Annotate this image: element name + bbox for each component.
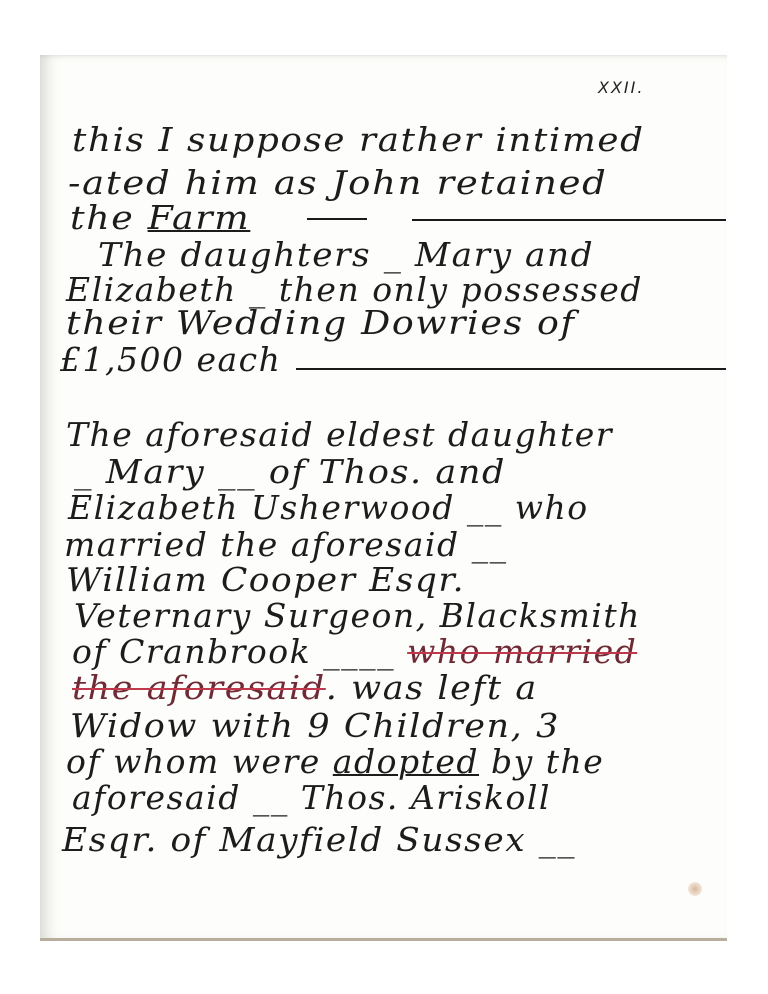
page-number: XXII.: [598, 78, 644, 97]
end-of-paragraph-rule: [412, 219, 726, 221]
struck-through-text: who married: [407, 632, 637, 671]
text-line-4: The daughters _ Mary and: [98, 235, 594, 274]
underlined-word-farm: Farm: [148, 198, 251, 237]
text-line-19: Esqr. of Mayfield Sussex __: [62, 820, 576, 859]
dash-rule: [307, 218, 367, 220]
text-line-14-pre: of Cranbrook ____: [72, 632, 407, 671]
text-line-13: Veternary Surgeon, Blacksmith: [74, 596, 641, 635]
text-line-16: Widow with 9 Children, 3: [70, 706, 560, 745]
text-line-17: of whom were adopted by the: [66, 742, 604, 781]
end-of-paragraph-rule: [296, 368, 726, 370]
text-line-6: their Wedding Dowries of: [66, 303, 576, 342]
text-line-17-post: by the: [479, 742, 604, 781]
paper-stain: [688, 882, 702, 896]
text-line-1: this I suppose rather intimed: [72, 120, 645, 159]
text-line-17-pre: of whom were: [66, 742, 333, 781]
text-line-18: aforesaid __ Thos. Ariskoll: [72, 778, 551, 817]
text-line-12: William Cooper Esqr.: [66, 560, 465, 599]
text-line-11: married the aforesaid __: [64, 525, 508, 564]
text-line-15: the aforesaid. was left a: [72, 668, 538, 707]
text-line-15-post: . was left a: [326, 668, 538, 707]
text-line-9: _ Mary __ of Thos. and: [74, 452, 506, 491]
text-line-10: Elizabeth Usherwood __ who: [68, 488, 589, 527]
struck-through-text: the aforesaid: [72, 668, 326, 707]
underlined-word-adopted: adopted: [333, 742, 479, 781]
text-line-7: £1,500 each: [60, 340, 281, 379]
text-line-3-pre: the: [70, 198, 148, 237]
text-line-14: of Cranbrook ____ who married: [72, 632, 637, 671]
text-line-2: -ated him as John retained: [68, 163, 608, 202]
text-line-3: the Farm: [70, 198, 250, 237]
text-line-8: The aforesaid eldest daughter: [66, 415, 613, 454]
